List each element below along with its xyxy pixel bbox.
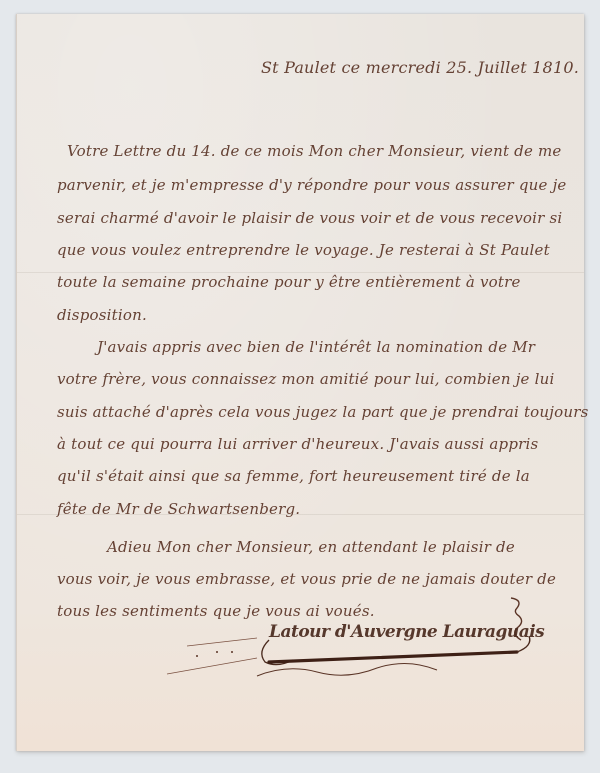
paragraph-2-line-1: J'avais appris avec bien de l'intérêt la… bbox=[97, 338, 535, 356]
paragraph-1-line-3: serai charmé d'avoir le plaisir de vous … bbox=[57, 209, 562, 227]
paragraph-2-line-5: qu'il s'était ainsi que sa femme, fort h… bbox=[57, 467, 530, 485]
paragraph-2-line-6: fête de Mr de Schwartsenberg. bbox=[57, 500, 300, 518]
letter-paper: St Paulet ce mercredi 25. Juillet 1810. … bbox=[16, 14, 584, 751]
paragraph-1-line-5: toute la semaine prochaine pour y être e… bbox=[57, 273, 521, 291]
paragraph-3-line-2: vous voir, je vous embrasse, et vous pri… bbox=[57, 570, 556, 588]
paragraph-2-line-4: à tout ce qui pourra lui arriver d'heure… bbox=[57, 435, 538, 453]
paragraph-2-line-3: suis attaché d'après cela vous jugez la … bbox=[57, 403, 588, 421]
paragraph-2-line-2: votre frère, vous connaissez mon amitié … bbox=[57, 370, 554, 388]
paragraph-1-line-6: disposition. bbox=[57, 306, 147, 324]
paragraph-1-line-2: parvenir, et je m'empresse d'y répondre … bbox=[57, 176, 567, 194]
paragraph-3-line-3: tous les sentiments que je vous ai voués… bbox=[57, 602, 375, 620]
paragraph-1-line-1: Votre Lettre du 14. de ce mois Mon cher … bbox=[67, 142, 562, 160]
dateline: St Paulet ce mercredi 25. Juillet 1810. bbox=[261, 58, 579, 77]
paragraph-1-line-4: que vous voulez entreprendre le voyage. … bbox=[57, 241, 550, 259]
paragraph-3-line-1: Adieu Mon cher Monsieur, en attendant le… bbox=[107, 538, 515, 556]
signature-flourish-icon bbox=[157, 634, 537, 684]
